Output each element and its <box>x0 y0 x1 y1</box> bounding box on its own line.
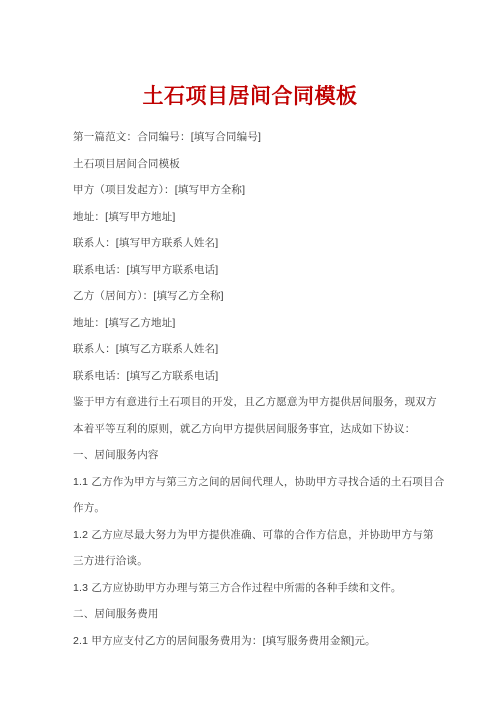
paragraph-line: 1.3 乙方应协助甲方办理与第三方合作过程中所需的各种手续和文件。 <box>73 575 445 602</box>
paragraph-line: 鉴于甲方有意进行土石项目的开发，且乙方愿意为甲方提供居间服务，现双方 <box>73 389 445 416</box>
document-body: 第一篇范文：合同编号：[填写合同编号] 土石项目居间合同模板 甲方（项目发起方）… <box>73 124 445 654</box>
paragraph-line: 1.2 乙方应尽最大努力为甲方提供准确、可靠的合作方信息，并协助甲方与第 <box>73 522 445 549</box>
paragraph-line: 三方进行洽谈。 <box>73 548 445 575</box>
paragraph-line: 土石项目居间合同模板 <box>73 151 445 178</box>
document-page: 土石项目居间合同模板 第一篇范文：合同编号：[填写合同编号] 土石项目居间合同模… <box>0 0 500 707</box>
paragraph-line: 联系电话：[填写甲方联系电话] <box>73 257 445 284</box>
paragraph-line: 地址：[填写乙方地址] <box>73 310 445 337</box>
section-heading: 一、居间服务内容 <box>73 442 445 469</box>
paragraph-line: 第一篇范文：合同编号：[填写合同编号] <box>73 124 445 151</box>
document-title: 土石项目居间合同模板 <box>0 80 500 110</box>
paragraph-line: 乙方（居间方）：[填写乙方全称] <box>73 283 445 310</box>
section-heading: 二、居间服务费用 <box>73 601 445 628</box>
paragraph-line: 联系人：[填写甲方联系人姓名] <box>73 230 445 257</box>
paragraph-line: 2.1 甲方应支付乙方的居间服务费用为：[填写服务费用金额]元。 <box>73 628 445 655</box>
paragraph-line: 联系电话：[填写乙方联系电话] <box>73 363 445 390</box>
paragraph-line: 联系人：[填写乙方联系人姓名] <box>73 336 445 363</box>
paragraph-line: 甲方（项目发起方）：[填写甲方全称] <box>73 177 445 204</box>
paragraph-line: 1.1 乙方作为甲方与第三方之间的居间代理人，协助甲方寻找合适的土石项目合 <box>73 469 445 496</box>
paragraph-line: 地址：[填写甲方地址] <box>73 204 445 231</box>
paragraph-line: 作方。 <box>73 495 445 522</box>
paragraph-line: 本着平等互利的原则，就乙方向甲方提供居间服务事宜，达成如下协议： <box>73 416 445 443</box>
